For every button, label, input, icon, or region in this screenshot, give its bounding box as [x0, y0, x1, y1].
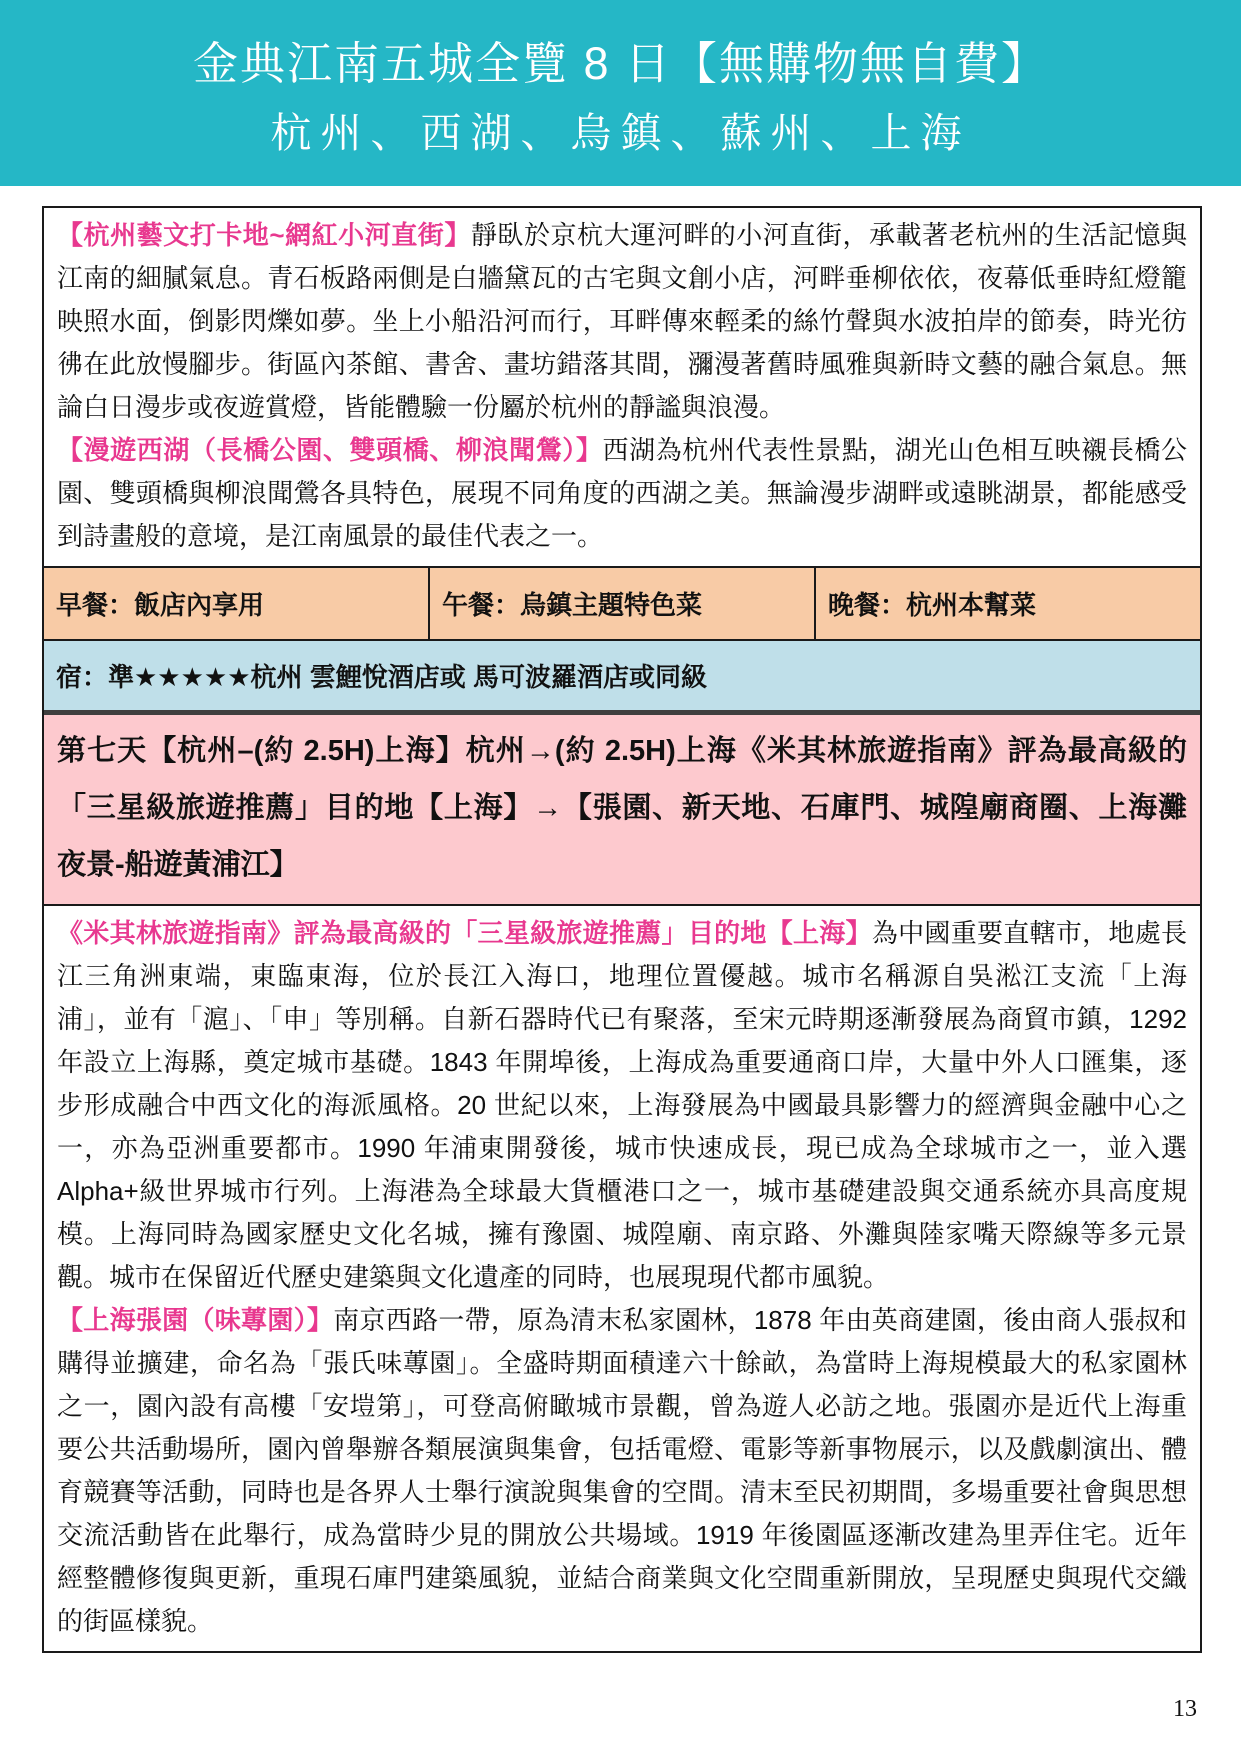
- dinner-cell: 晚餐：杭州本幫菜: [814, 568, 1200, 639]
- hotel-row: 宿：準★★★★★杭州 雲鯉悅酒店或 馬可波羅酒店或同級: [44, 639, 1200, 710]
- itinerary-table: 【杭州藝文打卡地~網紅小河直街】靜臥於京杭大運河畔的小河直街，承載著老杭州的生活…: [42, 206, 1202, 1653]
- page-number: 13: [1173, 1696, 1197, 1723]
- itinerary-page: 金典江南五城全覽 8 日【無購物無自費】 杭州、西湖、烏鎮、蘇州、上海 【杭州藝…: [0, 0, 1241, 1755]
- tour-title-banner: 金典江南五城全覽 8 日【無購物無自費】 杭州、西湖、烏鎮、蘇州、上海: [0, 0, 1241, 186]
- paragraph-heading: 【漫遊西湖（長橋公園、雙頭橋、柳浪聞鶯）】: [57, 435, 603, 465]
- paragraph-west-lake: 【漫遊西湖（長橋公園、雙頭橋、柳浪聞鶯）】西湖為杭州代表性景點，湖光山色相互映襯…: [57, 429, 1187, 558]
- description-block-shanghai: 《米其林旅遊指南》評為最高級的「三星級旅遊推薦」目的地【上海】為中國重要直轄市，…: [44, 904, 1200, 1651]
- paragraph-heading: 【上海張園（味蓴園）】: [57, 1305, 333, 1335]
- paragraph-body: 為中國重要直轄市，地處長江三角洲東端，東臨東海，位於長江入海口，地理位置優越。城…: [57, 918, 1187, 1292]
- tour-title: 金典江南五城全覽 8 日【無購物無自費】: [193, 27, 1048, 92]
- paragraph-body: 南京西路一帶，原為清末私家園林，1878 年由英商建園，後由商人張叔和購得並擴建…: [57, 1305, 1187, 1636]
- breakfast-cell: 早餐：飯店內享用: [44, 568, 428, 639]
- meals-row: 早餐：飯店內享用 午餐：烏鎮主題特色菜 晚餐：杭州本幫菜: [44, 566, 1200, 639]
- paragraph-heading: 《米其林旅遊指南》評為最高級的「三星級旅遊推薦」目的地【上海】: [57, 918, 872, 948]
- paragraph-body: 靜臥於京杭大運河畔的小河直街，承載著老杭州的生活記憶與江南的細膩氣息。青石板路兩…: [57, 220, 1187, 422]
- tour-subtitle: 杭州、西湖、烏鎮、蘇州、上海: [271, 100, 971, 159]
- paragraph-zhangyuan: 【上海張園（味蓴園）】南京西路一帶，原為清末私家園林，1878 年由英商建園，後…: [57, 1299, 1187, 1643]
- paragraph-heading: 【杭州藝文打卡地~網紅小河直街】: [57, 220, 471, 250]
- paragraph-shanghai-intro: 《米其林旅遊指南》評為最高級的「三星級旅遊推薦」目的地【上海】為中國重要直轄市，…: [57, 912, 1187, 1299]
- lunch-cell: 午餐：烏鎮主題特色菜: [428, 568, 814, 639]
- description-block-hangzhou: 【杭州藝文打卡地~網紅小河直街】靜臥於京杭大運河畔的小河直街，承載著老杭州的生活…: [44, 208, 1200, 566]
- day7-banner: 第七天【杭州–(約 2.5H)上海】杭州→(約 2.5H)上海《米其林旅遊指南》…: [44, 710, 1200, 904]
- paragraph-xiaohe-street: 【杭州藝文打卡地~網紅小河直街】靜臥於京杭大運河畔的小河直街，承載著老杭州的生活…: [57, 214, 1187, 429]
